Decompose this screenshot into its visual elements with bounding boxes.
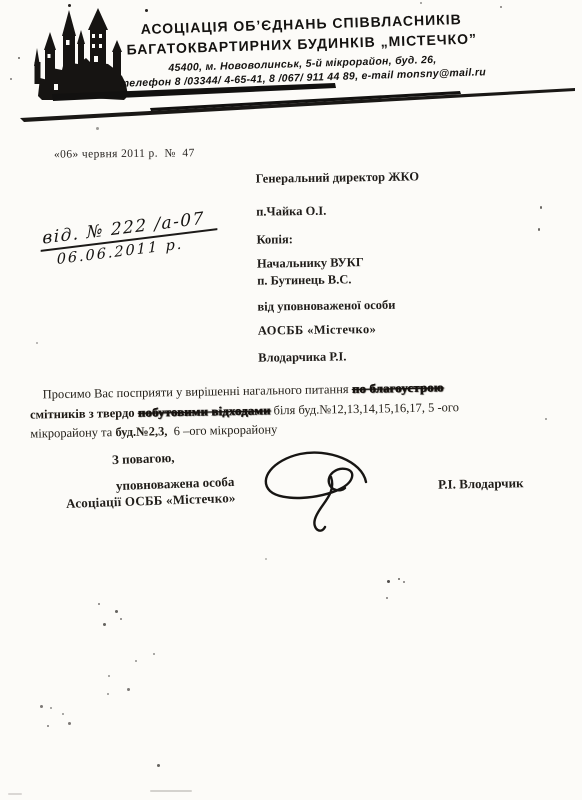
scan-speck — [135, 660, 137, 662]
handwritten-registry-note: від. № 222 /а-07 06.06.2011 р. — [40, 207, 217, 270]
recipient-title: Генеральний директор ЖКО — [256, 169, 420, 186]
scan-smudge — [150, 790, 192, 792]
recipient-name: п.Чайка О.І. — [256, 204, 326, 220]
copy-recipient-title: Начальнику ВУКГ — [257, 255, 364, 271]
scan-speck — [10, 78, 12, 80]
scanned-letter-page: АСОЦІАЦІЯ ОБ’ЄДНАНЬ СПІВВЛАСНИКІВ БАГАТО… — [0, 0, 582, 800]
body-text: Просимо Вас посприяти у вирішенні нагаль… — [43, 382, 352, 401]
body-text-bold: буд.№2,3, — [115, 424, 167, 439]
body-text: біля буд.№12,13,14,15,16,17, 5 -ого — [270, 400, 459, 417]
closing-regards: З повагою, — [112, 450, 175, 468]
scan-speck — [540, 206, 542, 209]
scan-speck — [127, 688, 130, 691]
scan-speck — [115, 610, 118, 613]
copy-recipient-name: п. Бутинець В.С. — [257, 272, 352, 288]
scan-speck — [153, 653, 155, 655]
scan-speck — [387, 580, 390, 583]
closing-role-line2: Асоціації ОСББ «Містечко» — [66, 490, 236, 512]
scan-speck — [103, 623, 106, 626]
signature-scribble — [256, 446, 378, 538]
letterhead-rule — [0, 78, 582, 126]
copy-label: Копія: — [256, 232, 293, 248]
scan-speck — [386, 597, 388, 599]
scan-speck — [96, 127, 99, 130]
signer-name: Р.І. Влодарчик — [438, 475, 524, 492]
scan-speck — [40, 705, 43, 708]
scan-speck — [538, 228, 540, 231]
letter-body: Просимо Вас посприяти у вирішенні нагаль… — [30, 376, 559, 444]
body-text: мікрорайону та — [30, 425, 115, 440]
recipients-block: Генеральний директор ЖКО п.Чайка О.І. Ко… — [256, 168, 499, 371]
body-text: 6 –ого мікрорайону — [167, 422, 277, 438]
scan-speck — [403, 581, 405, 583]
sender-org: АОСББ «Містечко» — [258, 322, 377, 339]
scan-speck — [68, 722, 71, 725]
scan-smudge — [8, 793, 22, 795]
sender-role: від уповноваженої особи — [257, 298, 395, 315]
scan-speck — [18, 57, 20, 59]
scan-speck — [145, 9, 148, 12]
scan-speck — [36, 342, 38, 344]
scan-speck — [398, 578, 400, 580]
body-text: смітників з твердо — [30, 405, 138, 421]
scan-speck — [108, 675, 110, 677]
scan-speck — [500, 6, 502, 8]
scan-speck — [62, 713, 64, 715]
sender-name: Влодарчика Р.І. — [258, 349, 346, 365]
scan-speck — [47, 725, 49, 727]
struck-text: побутовими відходами — [138, 403, 271, 419]
scan-speck — [157, 764, 160, 767]
date-number-line: «06» червня 2011 р. № 47 — [54, 147, 195, 160]
scan-speck — [98, 603, 100, 605]
scan-speck — [120, 618, 122, 620]
scan-speck — [50, 707, 52, 709]
scan-speck — [107, 693, 109, 695]
struck-text: по благоустрою — [352, 380, 444, 396]
scan-speck — [265, 558, 267, 560]
scan-speck — [545, 418, 547, 420]
scan-speck — [68, 4, 71, 7]
scan-speck — [420, 2, 422, 4]
